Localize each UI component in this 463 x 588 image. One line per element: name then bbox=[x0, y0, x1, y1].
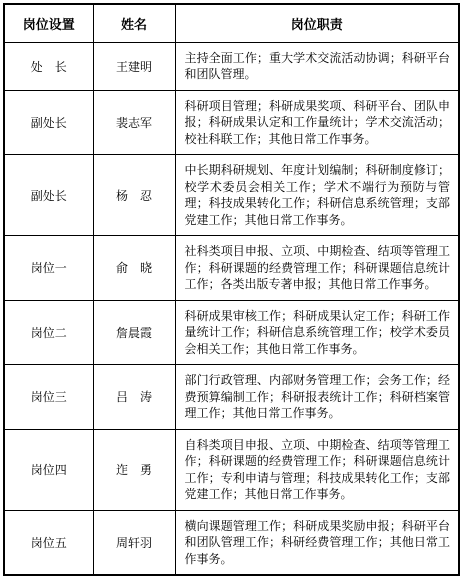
table-row: 处 长 王建明 主持全面工作；重大学术交流活动协调；科研平台和团队管理。 bbox=[4, 42, 459, 90]
header-position: 岗位设置 bbox=[4, 4, 93, 42]
position-cell: 处 长 bbox=[4, 42, 93, 90]
duty-cell: 科研成果审核工作；科研成果认定工作；科研工作量统计工作；科研信息系统管理工作；校… bbox=[175, 300, 459, 365]
position-cell: 岗位二 bbox=[4, 300, 93, 365]
table-header: 岗位设置 姓名 岗位职责 bbox=[4, 4, 459, 42]
name-cell: 俞 晓 bbox=[93, 236, 175, 301]
duty-cell: 中长期科研规划、年度计划编制；科研制度修订；校学术委员会相关工作；学术不端行为预… bbox=[175, 155, 459, 236]
position-cell: 副处长 bbox=[4, 155, 93, 236]
name-cell: 裴志军 bbox=[93, 90, 175, 155]
name-cell: 杨 忍 bbox=[93, 155, 175, 236]
name-cell: 詹晨霞 bbox=[93, 300, 175, 365]
duty-cell: 科研项目管理；科研成果奖项、科研平台、团队申报；科研成果认定和工作量统计；学术交… bbox=[175, 90, 459, 155]
name-cell: 迮 勇 bbox=[93, 429, 175, 510]
position-cell: 副处长 bbox=[4, 90, 93, 155]
duty-cell: 自科类项目申报、立项、中期检查、结项等管理工作；科研课题的经费管理工作；科研课题… bbox=[175, 429, 459, 510]
header-row: 岗位设置 姓名 岗位职责 bbox=[4, 4, 459, 42]
table-body: 处 长 王建明 主持全面工作；重大学术交流活动协调；科研平台和团队管理。 副处长… bbox=[4, 42, 459, 575]
header-duty: 岗位职责 bbox=[175, 4, 459, 42]
table-row: 副处长 裴志军 科研项目管理；科研成果奖项、科研平台、团队申报；科研成果认定和工… bbox=[4, 90, 459, 155]
table-row: 岗位三 吕 涛 部门行政管理、内部财务管理工作；会务工作；经费预算编制工作；科研… bbox=[4, 365, 459, 430]
position-cell: 岗位五 bbox=[4, 510, 93, 575]
position-cell: 岗位一 bbox=[4, 236, 93, 301]
name-cell: 王建明 bbox=[93, 42, 175, 90]
table-row: 副处长 杨 忍 中长期科研规划、年度计划编制；科研制度修订；校学术委员会相关工作… bbox=[4, 155, 459, 236]
duty-cell: 社科类项目申报、立项、中期检查、结项等管理工作；科研课题的经费管理工作；科研课题… bbox=[175, 236, 459, 301]
name-cell: 周轩羽 bbox=[93, 510, 175, 575]
table-row: 岗位五 周轩羽 横向课题管理工作；科研成果奖励申报；科研平台和团队管理工作；科研… bbox=[4, 510, 459, 575]
duty-table: 岗位设置 姓名 岗位职责 处 长 王建明 主持全面工作；重大学术交流活动协调；科… bbox=[3, 3, 460, 576]
header-name: 姓名 bbox=[93, 4, 175, 42]
table-row: 岗位四 迮 勇 自科类项目申报、立项、中期检查、结项等管理工作；科研课题的经费管… bbox=[4, 429, 459, 510]
table-row: 岗位二 詹晨霞 科研成果审核工作；科研成果认定工作；科研工作量统计工作；科研信息… bbox=[4, 300, 459, 365]
table-row: 岗位一 俞 晓 社科类项目申报、立项、中期检查、结项等管理工作；科研课题的经费管… bbox=[4, 236, 459, 301]
name-cell: 吕 涛 bbox=[93, 365, 175, 430]
position-cell: 岗位四 bbox=[4, 429, 93, 510]
page: 岗位设置 姓名 岗位职责 处 长 王建明 主持全面工作；重大学术交流活动协调；科… bbox=[0, 0, 463, 579]
position-cell: 岗位三 bbox=[4, 365, 93, 430]
duty-cell: 横向课题管理工作；科研成果奖励申报；科研平台和团队管理工作；科研经费管理工作；其… bbox=[175, 510, 459, 575]
duty-cell: 主持全面工作；重大学术交流活动协调；科研平台和团队管理。 bbox=[175, 42, 459, 90]
duty-cell: 部门行政管理、内部财务管理工作；会务工作；经费预算编制工作；科研报表统计工作；科… bbox=[175, 365, 459, 430]
